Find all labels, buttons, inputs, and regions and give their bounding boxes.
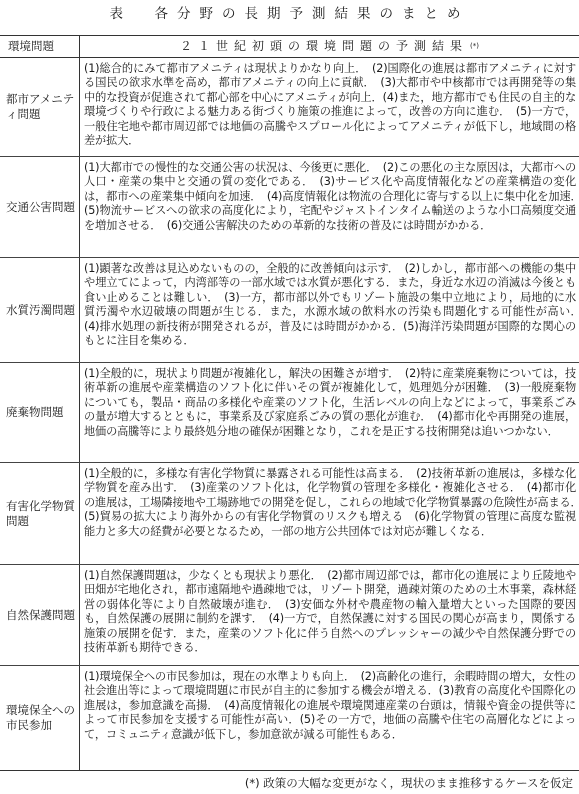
row-issue: 廃棄物問題	[0, 363, 80, 462]
header-issue: 環境問題	[0, 36, 80, 57]
table-row: 有害化学物質問題 (1)全般的に，多様な有害化学物質に暴露される可能性は高まる．…	[0, 463, 579, 565]
row-result: (1)全般的に，現状より問題が複雑化し，解決の困難さが増す． (2)特に産業廃棄…	[80, 363, 579, 462]
document-title: 表 各分野の長期予測結果のまとめ	[0, 2, 579, 22]
forecast-table: 環境問題 ２１世紀初頭の環境問題の予測結果(*) 都市アメニティ問題 (1)総合…	[0, 35, 579, 771]
row-issue: 環境保全への市民参加	[0, 666, 80, 770]
table-header-row: 環境問題 ２１世紀初頭の環境問題の予測結果(*)	[0, 36, 579, 58]
row-result: (1)環境保全への市民参加は，現在の水準よりも向上． (2)高齢化の進行，余暇時…	[80, 666, 579, 770]
table-row: 交通公害問題 (1)大都市での慢性的な交通公害の状況は、今後更に悪化． (2)こ…	[0, 157, 579, 258]
row-issue: 有害化学物質問題	[0, 463, 80, 564]
row-issue: 交通公害問題	[0, 157, 80, 257]
footnote: (*) 政策の大幅な変更がなく，現状のまま推移するケースを仮定	[245, 775, 573, 791]
row-result: (1)全般的に，多様な有害化学物質に暴露される可能性は高まる． (2)技術革新の…	[80, 463, 579, 564]
table-row: 環境保全への市民参加 (1)環境保全への市民参加は，現在の水準よりも向上． (2…	[0, 666, 579, 771]
row-issue: 自然保護問題	[0, 565, 80, 665]
header-result: ２１世紀初頭の環境問題の予測結果(*)	[80, 36, 579, 57]
header-result-label: ２１世紀初頭の環境問題の予測結果	[180, 39, 468, 53]
table-row: 水質汚濁問題 (1)顕著な改善は見込めないものの，全般的に改善傾向は示す． (2…	[0, 258, 579, 363]
row-issue: 水質汚濁問題	[0, 258, 80, 362]
table-row: 都市アメニティ問題 (1)総合的にみて都市アメニティは現状よりかなり向上． (2…	[0, 58, 579, 157]
table-row: 自然保護問題 (1)自然保護問題は，少なくとも現状より悪化． (2)都市周辺部で…	[0, 565, 579, 666]
row-result: (1)総合的にみて都市アメニティは現状よりかなり向上． (2)国際化の進展は都市…	[80, 58, 579, 156]
row-result: (1)自然保護問題は，少なくとも現状より悪化． (2)都市周辺部では，都市化の進…	[80, 565, 579, 665]
row-result: (1)大都市での慢性的な交通公害の状況は、今後更に悪化． (2)この悪化の主な原…	[80, 157, 579, 257]
header-result-mark: (*)	[470, 39, 479, 53]
table-row: 廃棄物問題 (1)全般的に，現状より問題が複雑化し，解決の困難さが増す． (2)…	[0, 363, 579, 463]
row-result: (1)顕著な改善は見込めないものの，全般的に改善傾向は示す． (2)しかし，都市…	[80, 258, 579, 362]
row-issue: 都市アメニティ問題	[0, 58, 80, 156]
